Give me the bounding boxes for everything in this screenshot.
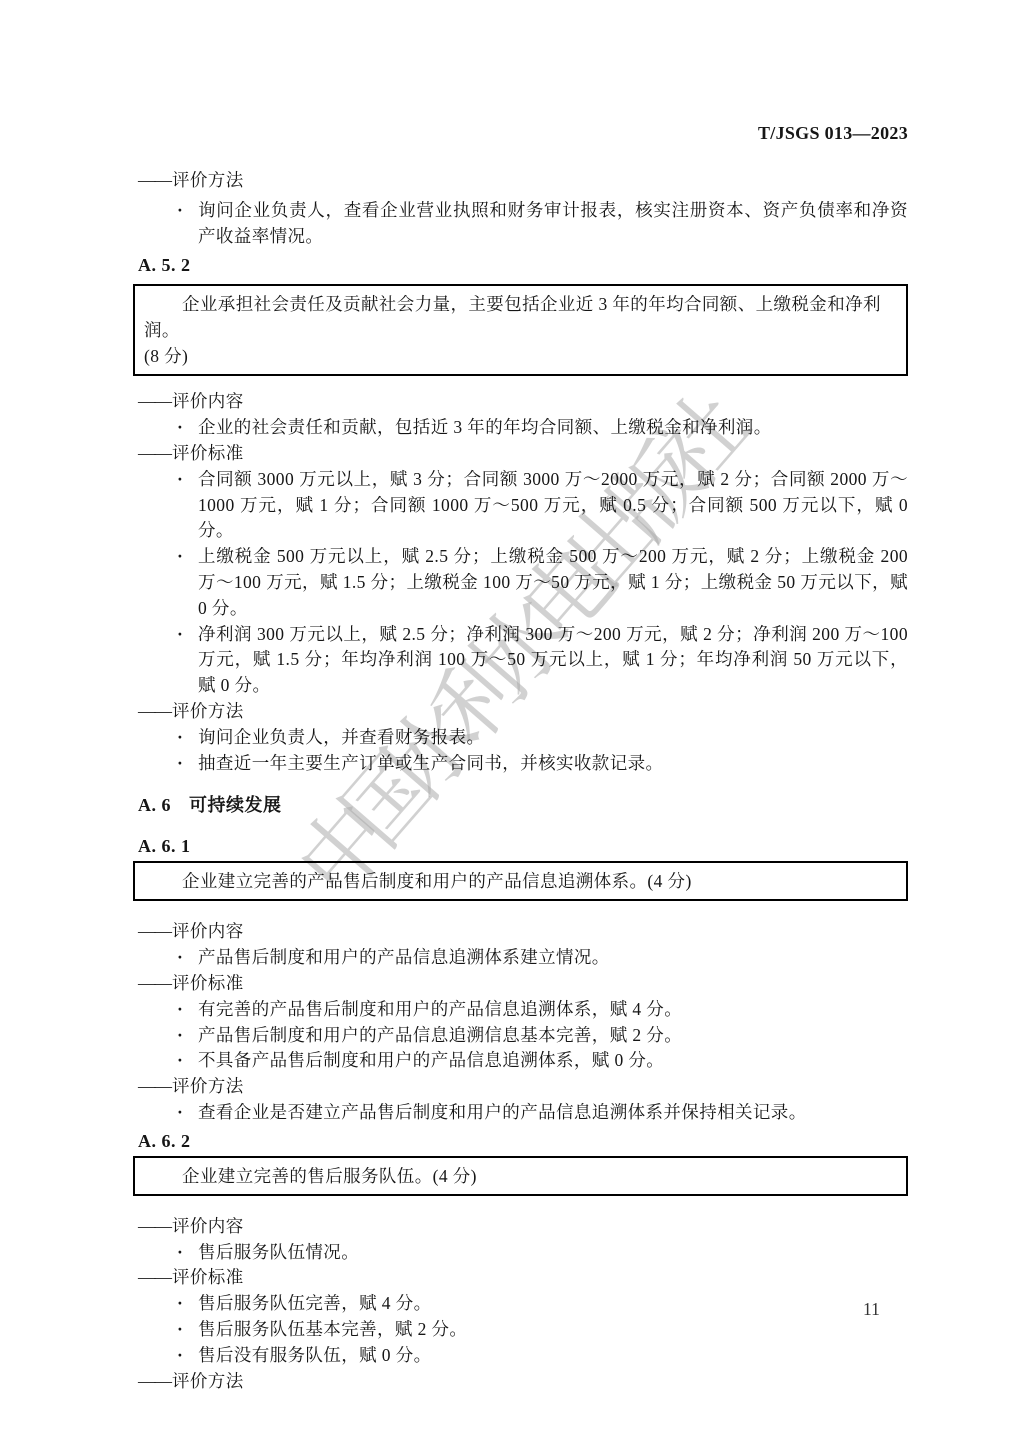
section-number: A. 6 [138, 795, 171, 815]
bullet-text: 上缴税金 500 万元以上，赋 2.5 分；上缴税金 500 万～200 万元，… [198, 546, 908, 618]
bullet-dot: · [177, 467, 183, 493]
label-text: 评价标准 [172, 443, 244, 463]
label-text: 评价方法 [172, 1076, 244, 1096]
content-item: ·企业的社会责任和贡献，包括近 3 年的年均合同额、上缴税金和净利润。 [138, 415, 908, 441]
criteria-item: ·上缴税金 500 万元以上，赋 2.5 分；上缴税金 500 万～200 万元… [138, 544, 908, 621]
bullet-text: 询问企业负责人，并查看财务报表。 [198, 727, 484, 747]
criteria-label: ——评价标准 [138, 971, 908, 997]
bullet-text: 产品售后制度和用户的产品信息追溯体系建立情况。 [198, 947, 610, 967]
criteria-label: ——评价标准 [138, 441, 908, 467]
method-item: ·询问企业负责人，并查看财务报表。 [138, 725, 908, 751]
dash-prefix: —— [138, 973, 171, 993]
criteria-item: ·有完善的产品售后制度和用户的产品信息追溯体系，赋 4 分。 [138, 997, 908, 1023]
criteria-item: ·净利润 300 万元以上，赋 2.5 分；净利润 300 万～200 万元，赋… [138, 622, 908, 699]
label-text: 评价方法 [172, 701, 244, 721]
content-label: ——评价内容 [138, 1214, 908, 1240]
score-box-line1: 企业建立完善的产品售后制度和用户的产品信息追溯体系。(4 分) [144, 868, 897, 894]
method-item: ·抽查近一年主要生产订单或生产合同书，并核实收款记录。 [138, 751, 908, 777]
method-label: ——评价方法 [138, 699, 908, 725]
content-item: ·售后服务队伍情况。 [138, 1240, 908, 1266]
criteria-item: ·售后服务队伍完善，赋 4 分。 [138, 1291, 908, 1317]
dash-prefix: —— [138, 391, 171, 411]
bullet-dot: · [177, 1317, 183, 1343]
content-label: ——评价内容 [138, 389, 908, 415]
page-number: 11 [863, 1296, 880, 1322]
bullet-dot: · [177, 544, 183, 570]
method-label: ——评价方法 [138, 168, 908, 194]
criteria-item: ·不具备产品售后制度和用户的产品信息追溯体系，赋 0 分。 [138, 1048, 908, 1074]
bullet-dot: · [177, 725, 183, 751]
method-item: ·询问企业负责人，查看企业营业执照和财务审计报表，核实注册资本、资产负债率和净资… [138, 198, 908, 250]
bullet-text: 询问企业负责人，查看企业营业执照和财务审计报表，核实注册资本、资产负债率和净资产… [198, 200, 908, 246]
dash-prefix: —— [138, 1267, 171, 1287]
bullet-dot: · [177, 1291, 183, 1317]
label-text: 评价内容 [172, 1216, 244, 1236]
label-text: 评价内容 [172, 921, 244, 941]
bullet-text: 产品售后制度和用户的产品信息追溯信息基本完善，赋 2 分。 [198, 1025, 682, 1045]
standard-code: T/JSGS 013—2023 [138, 0, 908, 145]
label-text: 评价标准 [172, 973, 244, 993]
bullet-text: 有完善的产品售后制度和用户的产品信息追溯体系，赋 4 分。 [198, 999, 682, 1019]
score-box-a52: 企业承担社会责任及贡献社会力量，主要包括企业近 3 年的年均合同额、上缴税金和净… [133, 284, 908, 376]
bullet-dot: · [177, 945, 183, 971]
bullet-dot: · [177, 1023, 183, 1049]
method-label: ——评价方法 [138, 1074, 908, 1100]
bullet-dot: · [177, 751, 183, 777]
bullet-text: 售后没有服务队伍，赋 0 分。 [198, 1345, 432, 1365]
dash-prefix: —— [138, 1371, 171, 1391]
clause-number-a52: A. 5. 2 [138, 252, 908, 278]
bullet-dot: · [177, 1048, 183, 1074]
dash-prefix: —— [138, 1076, 171, 1096]
bullet-dot: · [177, 997, 183, 1023]
clause-number-a61: A. 6. 1 [138, 833, 908, 859]
method-item: ·查看企业是否建立产品售后制度和用户的产品信息追溯体系并保持相关记录。 [138, 1100, 908, 1126]
method-label: ——评价方法 [138, 1369, 908, 1395]
criteria-item: ·合同额 3000 万元以上，赋 3 分；合同额 3000 万～2000 万元，… [138, 467, 908, 544]
score-box-line2: (8 分) [144, 343, 897, 369]
dash-prefix: —— [138, 1216, 171, 1236]
clause-number-a62: A. 6. 2 [138, 1128, 908, 1154]
criteria-label: ——评价标准 [138, 1265, 908, 1291]
bullet-text: 查看企业是否建立产品售后制度和用户的产品信息追溯体系并保持相关记录。 [198, 1102, 807, 1122]
criteria-item: ·产品售后制度和用户的产品信息追溯信息基本完善，赋 2 分。 [138, 1023, 908, 1049]
dash-prefix: —— [138, 921, 171, 941]
label-text: 评价标准 [172, 1267, 244, 1287]
label-text: 评价方法 [172, 1371, 244, 1391]
bullet-text: 不具备产品售后制度和用户的产品信息追溯体系，赋 0 分。 [198, 1050, 664, 1070]
bullet-dot: · [177, 415, 183, 441]
score-box-line1: 企业承担社会责任及贡献社会力量，主要包括企业近 3 年的年均合同额、上缴税金和净… [144, 291, 897, 343]
dash-prefix: —— [138, 701, 171, 721]
content-item: ·产品售后制度和用户的产品信息追溯体系建立情况。 [138, 945, 908, 971]
bullet-text: 净利润 300 万元以上，赋 2.5 分；净利润 300 万～200 万元，赋 … [198, 624, 908, 696]
score-box-a62: 企业建立完善的售后服务队伍。(4 分) [133, 1156, 908, 1196]
criteria-item: ·售后没有服务队伍，赋 0 分。 [138, 1343, 908, 1369]
bullet-dot: · [177, 198, 183, 224]
bullet-dot: · [177, 1240, 183, 1266]
bullet-text: 合同额 3000 万元以上，赋 3 分；合同额 3000 万～2000 万元，赋… [198, 469, 908, 541]
label-text: 评价方法 [172, 170, 244, 190]
dash-prefix: —— [138, 170, 171, 190]
bullet-dot: · [177, 622, 183, 648]
section-title: 可持续发展 [189, 795, 282, 815]
content-label: ——评价内容 [138, 919, 908, 945]
bullet-text: 售后服务队伍完善，赋 4 分。 [198, 1293, 432, 1313]
dash-prefix: —— [138, 443, 171, 463]
bullet-text: 售后服务队伍情况。 [198, 1242, 359, 1262]
criteria-item: ·售后服务队伍基本完善，赋 2 分。 [138, 1317, 908, 1343]
score-box-a61: 企业建立完善的产品售后制度和用户的产品信息追溯体系。(4 分) [133, 861, 908, 901]
page-content: T/JSGS 013—2023 ——评价方法 ·询问企业负责人，查看企业营业执照… [138, 0, 908, 1394]
bullet-dot: · [177, 1343, 183, 1369]
section-heading-a6: A. 6可持续发展 [138, 792, 908, 818]
bullet-text: 企业的社会责任和贡献，包括近 3 年的年均合同额、上缴税金和净利润。 [198, 417, 772, 437]
bullet-text: 售后服务队伍基本完善，赋 2 分。 [198, 1319, 467, 1339]
score-box-line1: 企业建立完善的售后服务队伍。(4 分) [144, 1163, 897, 1189]
bullet-dot: · [177, 1100, 183, 1126]
document-page: 中国水利水电出版社 T/JSGS 013—2023 ——评价方法 ·询问企业负责… [0, 0, 1020, 1431]
bullet-text: 抽查近一年主要生产订单或生产合同书，并核实收款记录。 [198, 753, 663, 773]
label-text: 评价内容 [172, 391, 244, 411]
